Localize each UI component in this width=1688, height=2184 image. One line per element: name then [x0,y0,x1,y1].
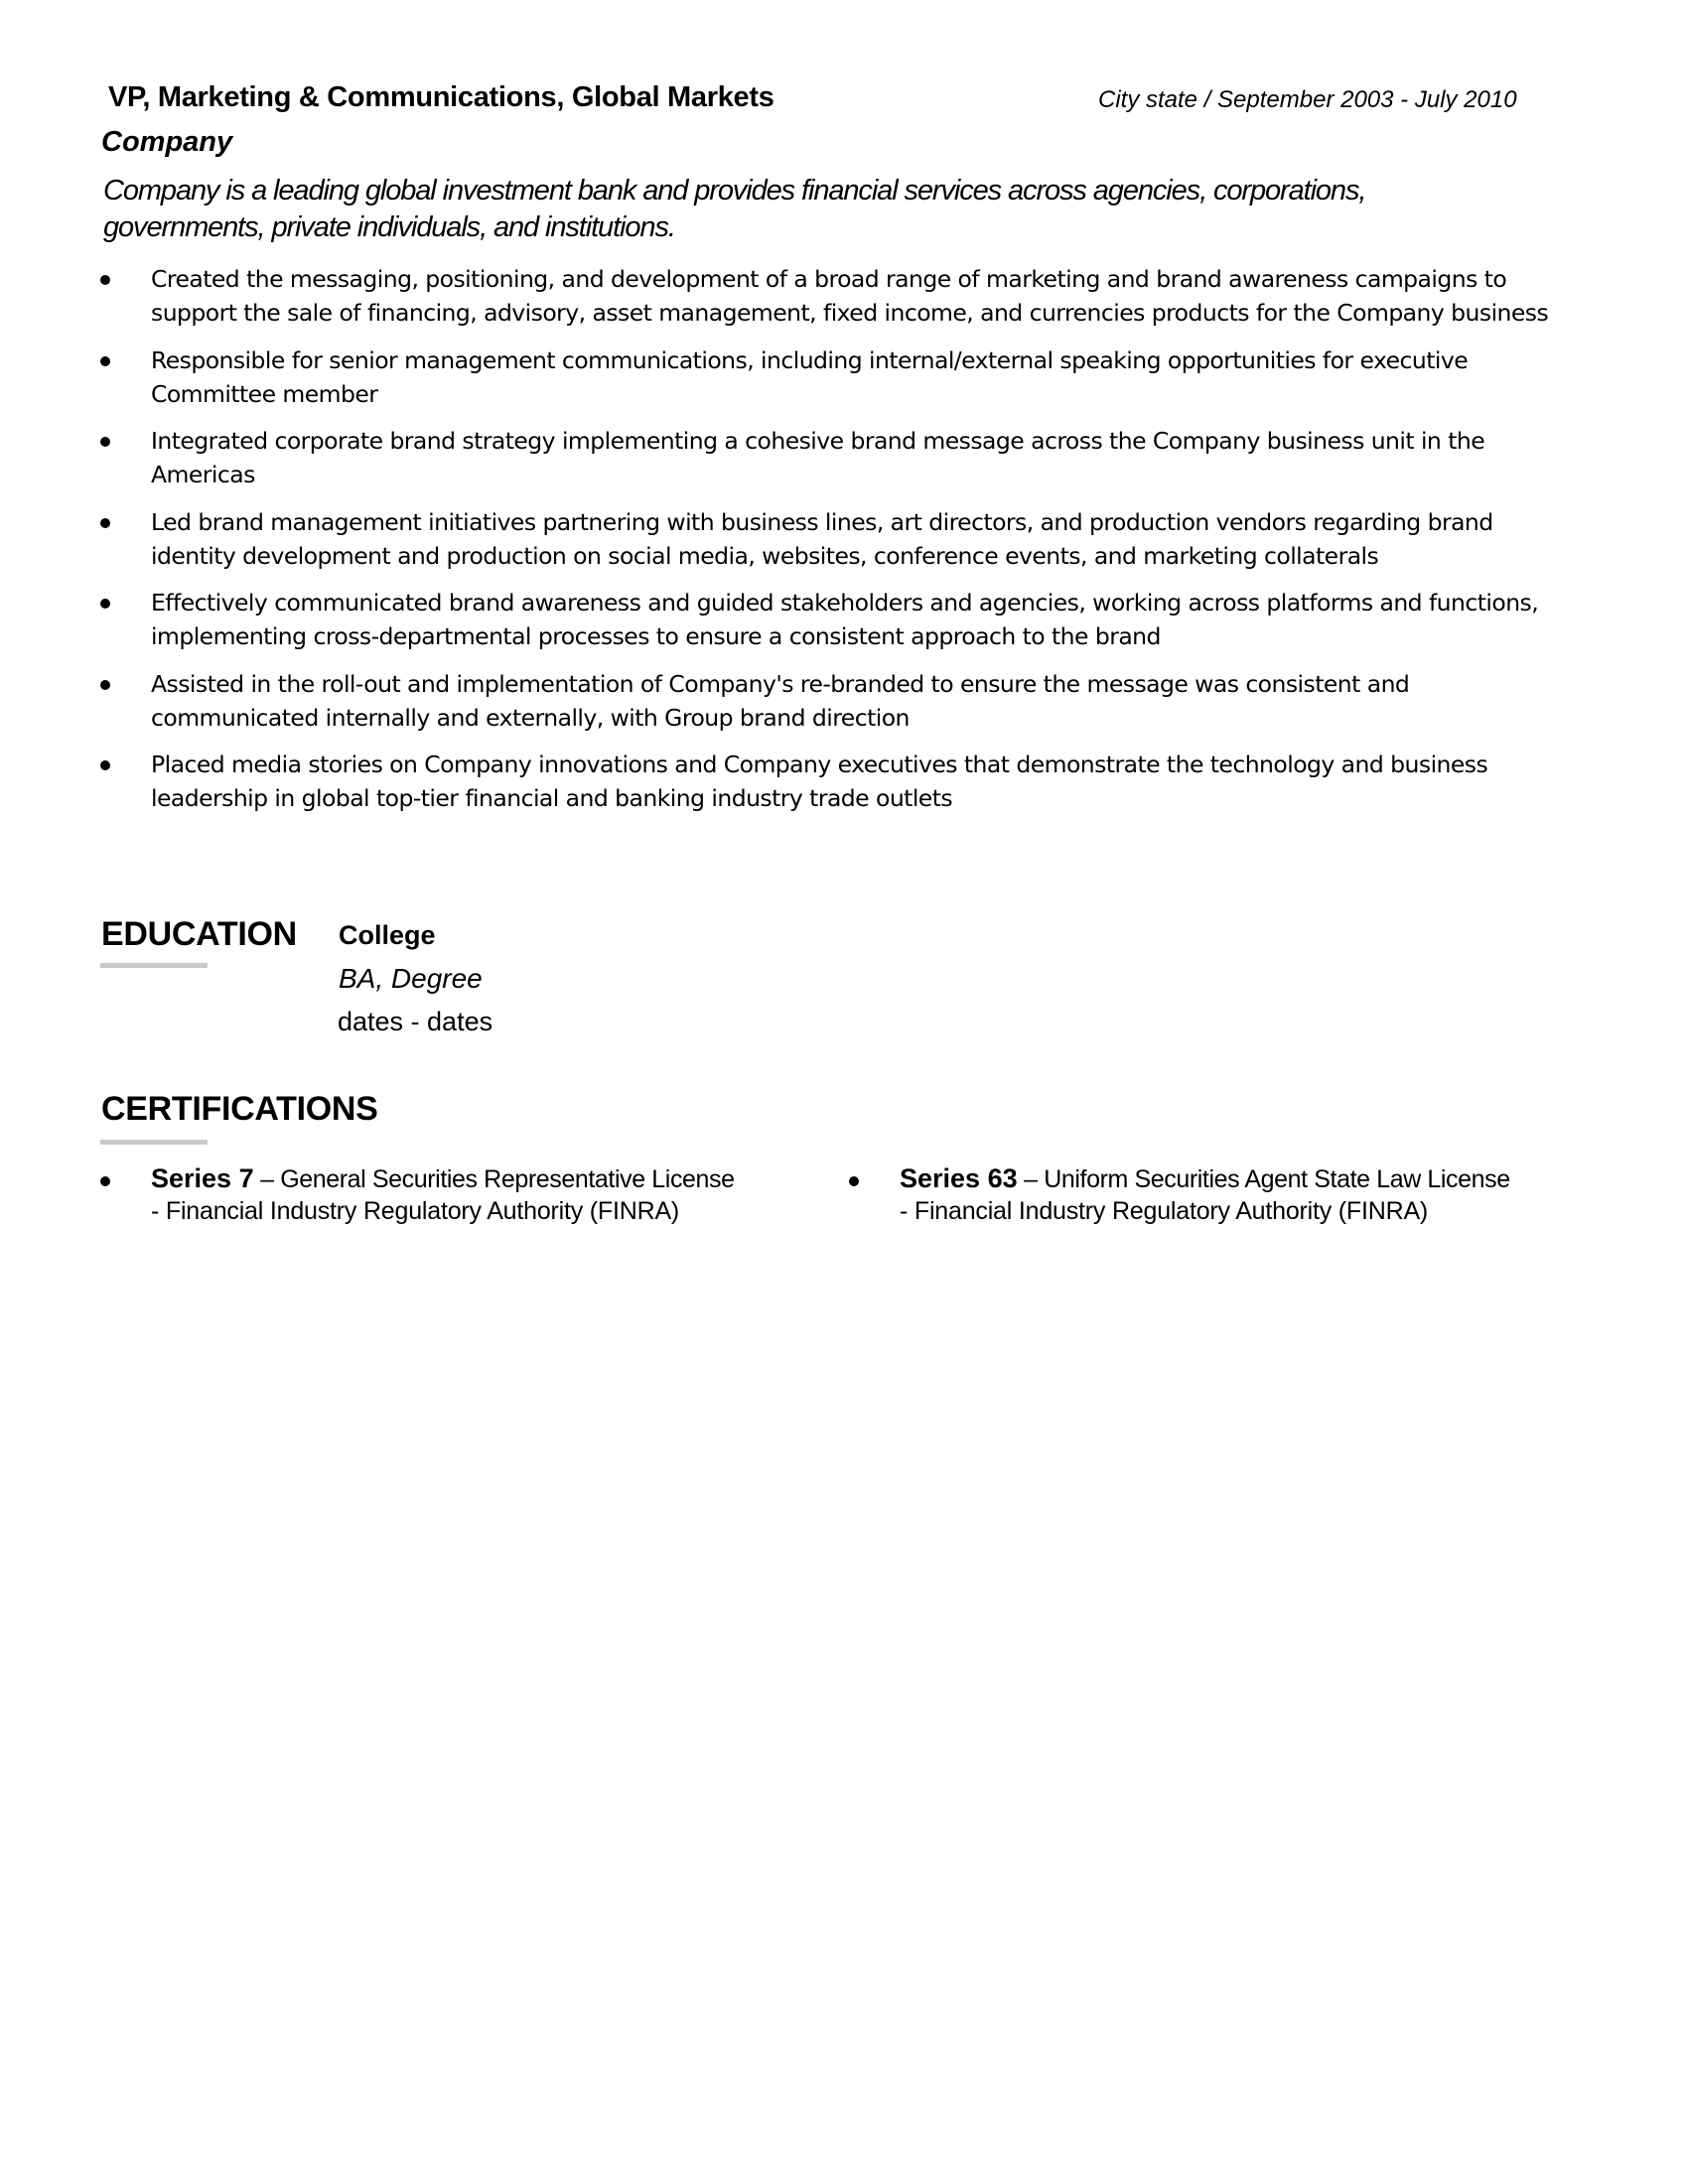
certification-description: – General Securities Representative Lice… [254,1165,735,1193]
bullet-icon [100,599,110,609]
certification-name: Series 7 [151,1163,254,1193]
certification-name: Series 63 [900,1163,1018,1193]
list-item: Assisted in the roll-out and implementat… [97,667,1567,735]
bullet-icon [849,1176,859,1186]
bullet-icon [100,760,110,770]
bullet-text: Placed media stories on Company innovati… [151,751,1487,812]
certification-item: Series 7 – General Securities Representa… [97,1162,735,1227]
list-item: Effectively communicated brand awareness… [97,586,1567,653]
bullet-text: Integrated corporate brand strategy impl… [151,427,1484,488]
list-item: Responsible for senior management commun… [97,343,1567,411]
education-dates: dates - dates [338,1007,492,1037]
certifications-heading-underline [100,1140,208,1145]
bullet-icon [100,437,110,447]
company-name: Company [101,126,232,159]
bullet-text: Assisted in the roll-out and implementat… [151,670,1409,732]
list-item: Created the messaging, positioning, and … [97,262,1567,330]
education-heading: EDUCATION [101,915,297,954]
bullet-text: Responsible for senior management commun… [151,346,1468,408]
resume-page: VP, Marketing & Communications, Global M… [0,0,1688,2184]
list-item: Placed media stories on Company innovati… [97,748,1567,815]
job-location-dates: City state / September 2003 - July 2010 [1098,86,1517,114]
list-item: Led brand management initiatives partner… [97,505,1567,573]
bullet-icon [100,1176,110,1186]
bullet-text: Effectively communicated brand awareness… [151,589,1538,650]
bullet-icon [100,680,110,690]
education-school: College [339,920,436,951]
certification-item: Series 63 – Uniform Securities Agent Sta… [846,1162,1510,1227]
certification-authority: - Financial Industry Regulatory Authorit… [151,1195,735,1227]
experience-bullet-list: Created the messaging, positioning, and … [97,262,1567,829]
company-description: Company is a leading global investment b… [103,173,1513,246]
education-degree: BA, Degree [339,963,483,995]
certification-authority: - Financial Industry Regulatory Authorit… [900,1195,1510,1227]
bullet-text: Created the messaging, positioning, and … [151,265,1548,327]
bullet-icon [100,356,110,366]
certification-description: – Uniform Securities Agent State Law Lic… [1018,1165,1510,1193]
bullet-icon [100,275,110,285]
education-heading-underline [100,963,208,968]
bullet-text: Led brand management initiatives partner… [151,508,1493,570]
certifications-heading: CERTIFICATIONS [101,1090,378,1129]
bullet-icon [100,518,110,528]
job-title: VP, Marketing & Communications, Global M… [108,81,774,114]
list-item: Integrated corporate brand strategy impl… [97,424,1567,491]
